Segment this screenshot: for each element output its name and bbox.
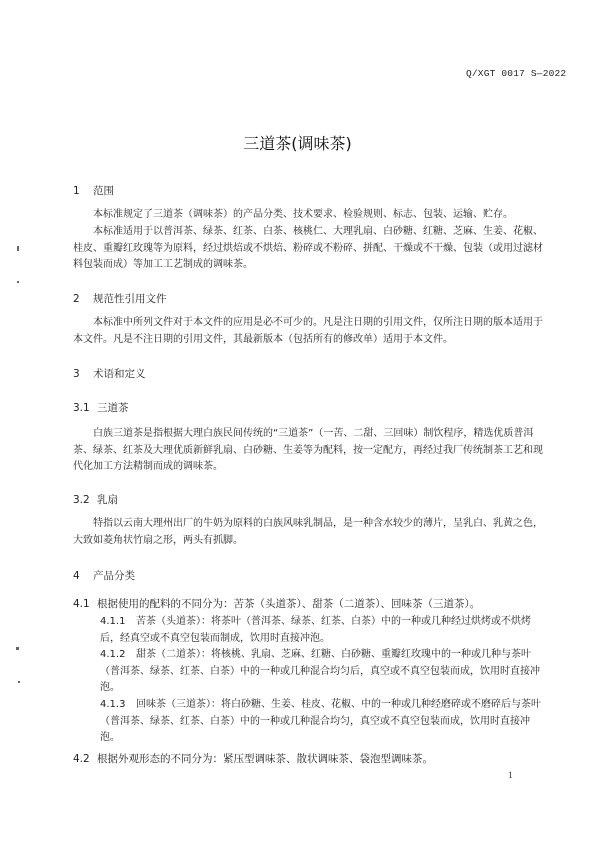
clause-number: 4.1.2	[100, 647, 136, 664]
clause-number: 4.1	[73, 598, 97, 610]
subsection-number: 3.1	[73, 402, 97, 414]
section-title: 范围	[93, 185, 114, 197]
subsection-title: 乳扇	[97, 494, 118, 506]
subsection-heading-3-2: 3.2乳扇	[73, 492, 118, 507]
section-heading-4: 4产品分类	[73, 568, 135, 583]
clause-4-1-1: 4.1.1苦茶（头道茶）：将茶叶（普洱茶、绿茶、红茶、白茶）中的一种或几种经过烘…	[100, 614, 543, 647]
paragraph-scope-2: 本标准适用于以普洱茶、绿茶、红茶、白茶、核桃仁、大理乳扇、白砂糖、红糖、芝麻、生…	[73, 224, 543, 274]
clause-4-1-2: 4.1.2甜茶（二道茶）：将核桃、乳扇、芝麻、红糖、白砂糖、重瓣红玫瑰中的一种或…	[100, 647, 543, 697]
section-heading-1: 1范围	[73, 183, 114, 198]
definition-sandaocha: 白族三道茶是指根据大理白族民间传统的“三道茶”（一苦、二甜、三回味）制饮程序，精…	[73, 426, 543, 476]
clause-number: 4.2	[73, 753, 97, 765]
section-number: 3	[73, 368, 93, 380]
section-heading-3: 3术语和定义	[73, 366, 146, 381]
section-title: 规范性引用文件	[93, 293, 167, 305]
section-heading-2: 2规范性引用文件	[73, 291, 167, 306]
subsection-title: 三道茶	[97, 402, 129, 414]
clause-text: 根据外观形态的不同分为：紧压型调味茶、散状调味茶、袋泡型调味茶。	[97, 753, 433, 765]
scan-mark	[16, 647, 19, 650]
clause-4-1-3: 4.1.3回味茶（三道茶）：将白砂糖、生姜、桂皮、花椒、中的一种或几种经磨碎或不…	[100, 697, 543, 747]
scan-mark	[17, 246, 19, 251]
section-title: 术语和定义	[93, 368, 146, 380]
clause-text: 回味茶（三道茶）：将白砂糖、生姜、桂皮、花椒、中的一种或几种经磨碎或不磨碎后与茶…	[100, 699, 541, 743]
clause-number: 4.1.3	[100, 697, 136, 714]
section-title: 产品分类	[93, 570, 135, 582]
clause-4-1: 4.1根据使用的配料的不同分为：苦茶（头道茶）、甜茶（二道茶）、回味茶（三道茶）…	[73, 596, 480, 611]
section-number: 1	[73, 185, 93, 197]
standard-code: Q/XGT 0017 S—2022	[466, 68, 566, 79]
clause-number: 4.1.1	[100, 614, 136, 631]
scan-mark	[18, 681, 20, 683]
page-number: 1	[508, 771, 513, 781]
document-title: 三道茶(调味茶)	[0, 131, 595, 154]
scan-mark	[17, 281, 19, 283]
section-number: 4	[73, 570, 93, 582]
subsection-number: 3.2	[73, 494, 97, 506]
clause-text: 甜茶（二道茶）：将核桃、乳扇、芝麻、红糖、白砂糖、重瓣红玫瑰中的一种或几种与茶叶…	[100, 649, 540, 693]
subsection-heading-3-1: 3.1三道茶	[73, 400, 129, 415]
paragraph-scope-1: 本标准规定了三道茶（调味茶）的产品分类、技术要求、检验规则、标志、包装、运输、贮…	[73, 207, 543, 224]
definition-rushan: 特指以云南大理州出厂的牛奶为原料的白族风味乳制品，是一种含水较少的薄片，呈乳白、…	[73, 516, 543, 549]
paragraph-normative-references: 本标准中所列文件对于本文件的应用是必不可少的。凡是注日期的引用文件，仅所注日期的…	[73, 315, 543, 348]
clause-text: 根据使用的配料的不同分为：苦茶（头道茶）、甜茶（二道茶）、回味茶（三道茶）。	[97, 598, 480, 610]
clause-text: 苦茶（头道茶）：将茶叶（普洱茶、绿茶、红茶、白茶）中的一种或几种经过烘烤或不烘烤…	[100, 616, 531, 644]
section-number: 2	[73, 293, 93, 305]
clause-4-2: 4.2根据外观形态的不同分为：紧压型调味茶、散状调味茶、袋泡型调味茶。	[73, 751, 433, 766]
